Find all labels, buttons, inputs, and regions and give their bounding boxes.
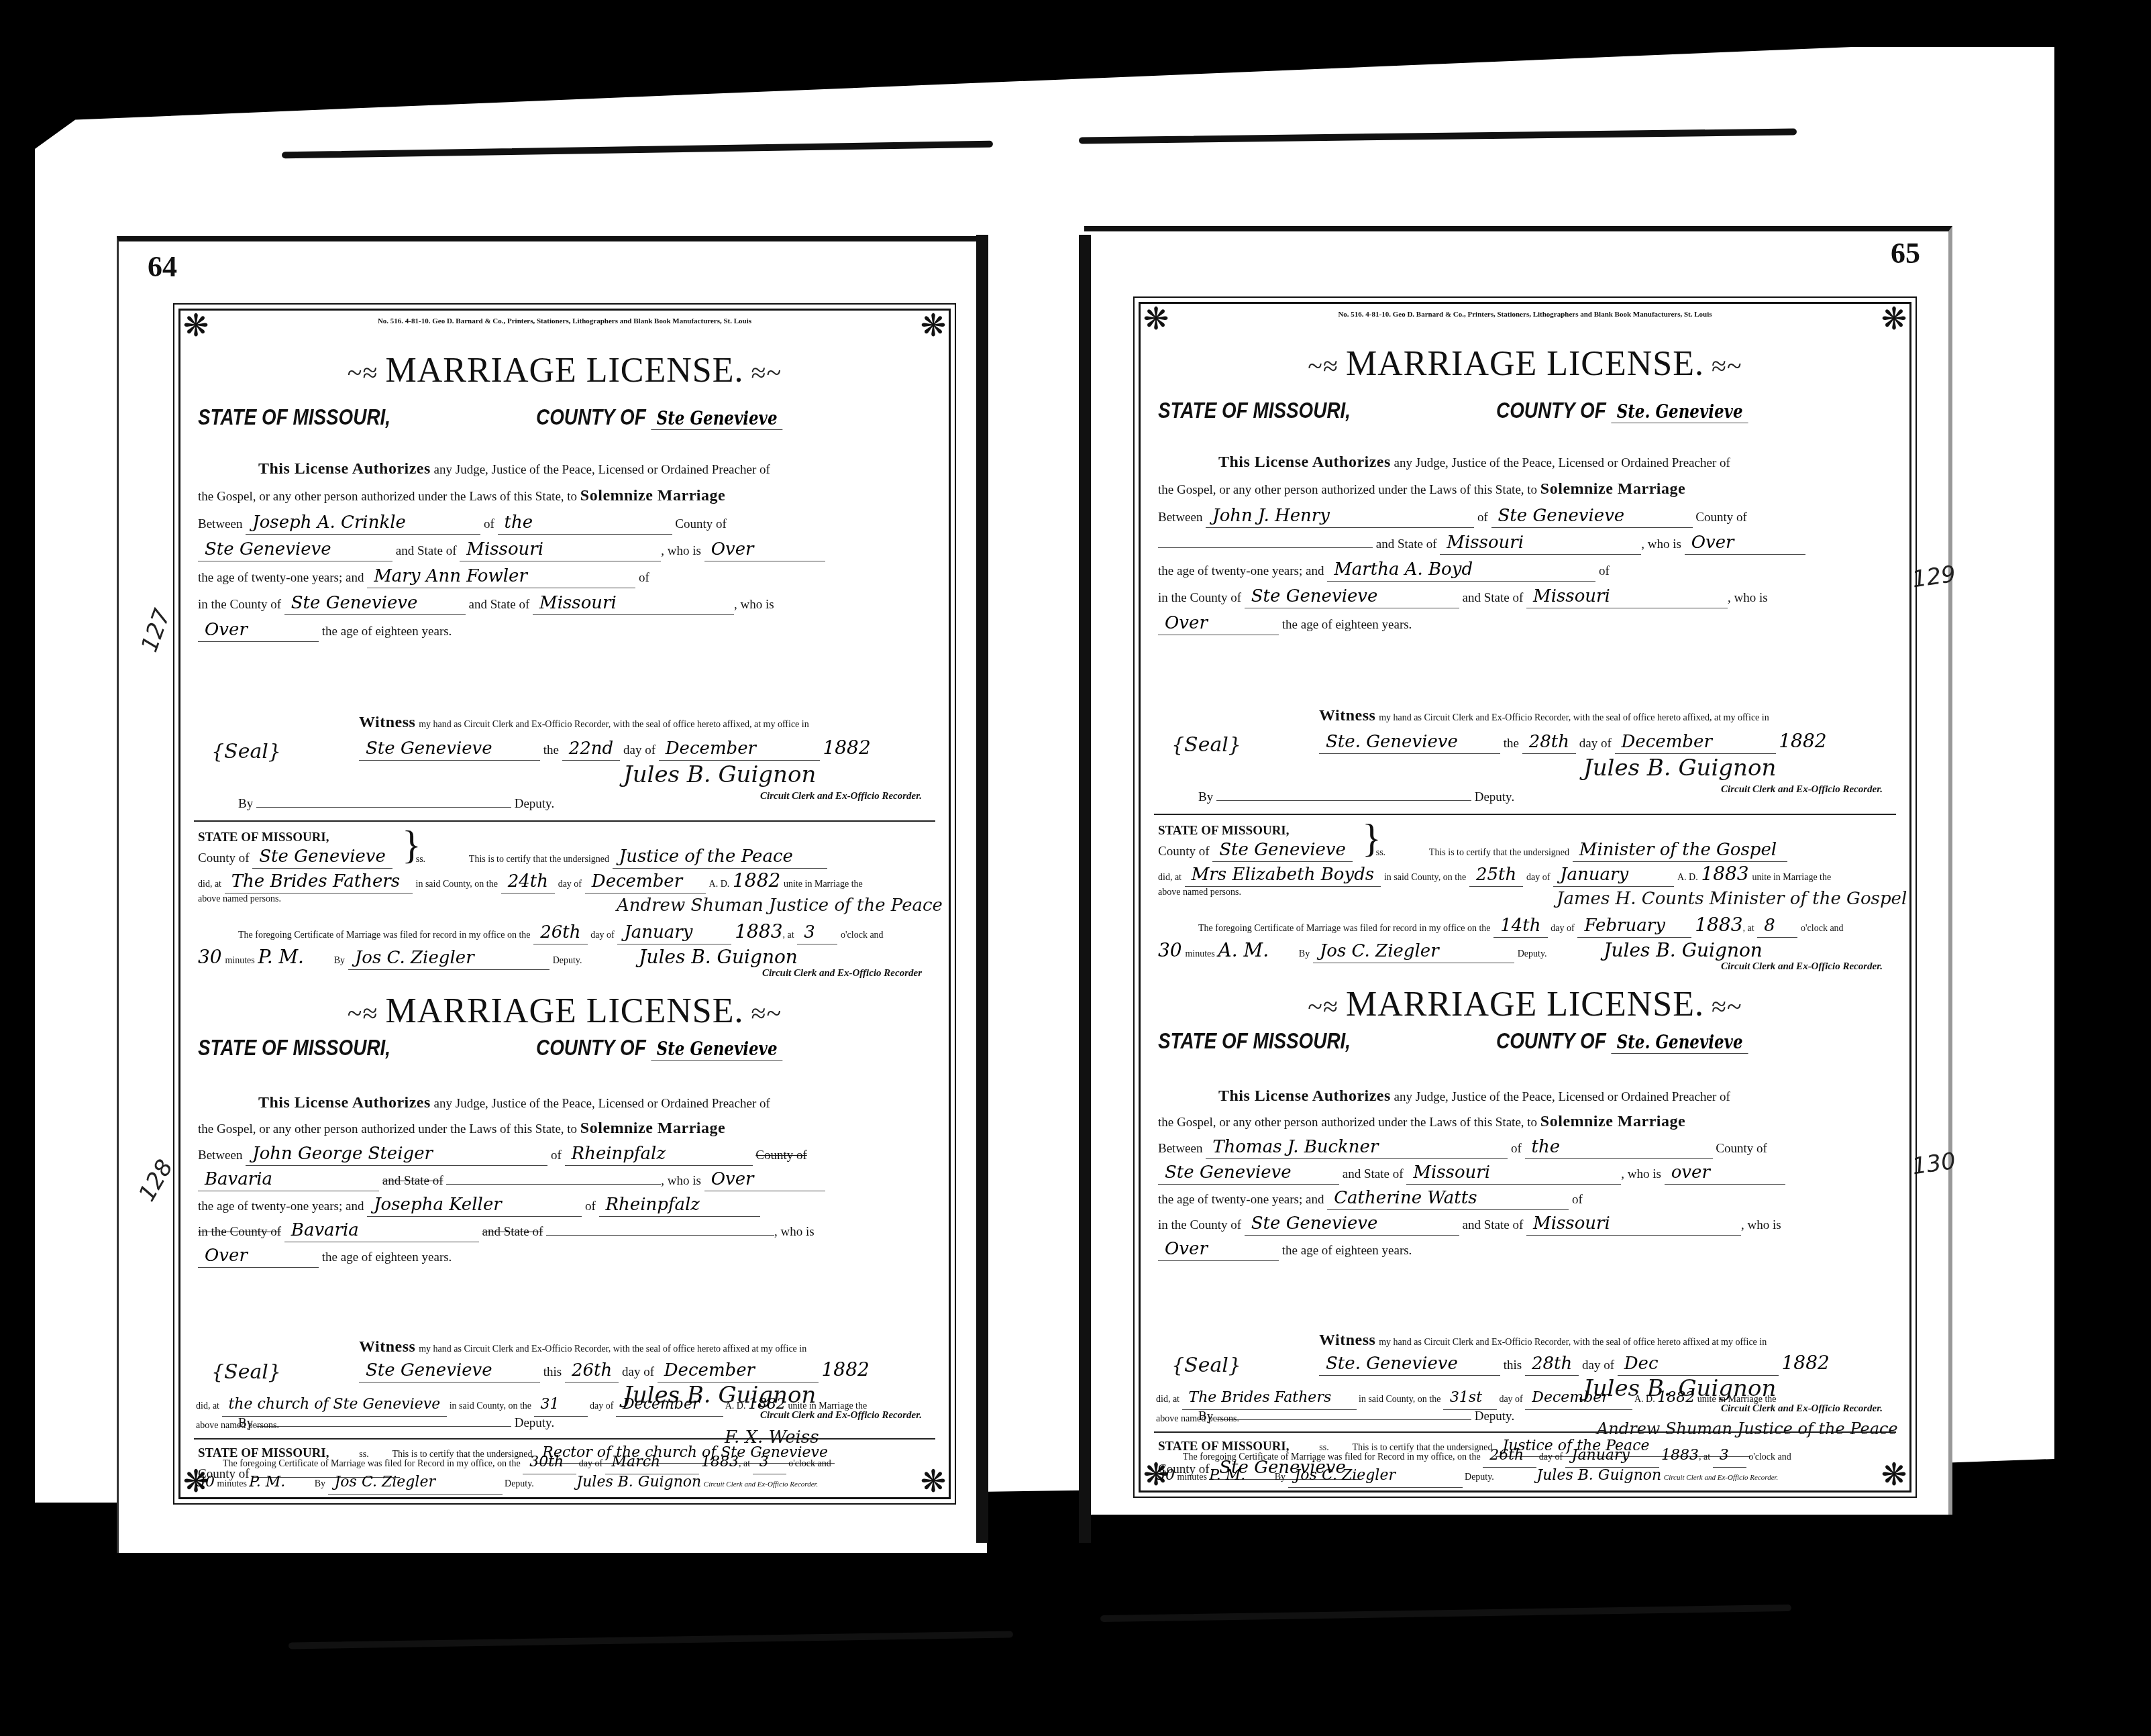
who-is-label: , who is xyxy=(661,1174,701,1188)
the-label: this xyxy=(1504,1358,1522,1372)
deputy-label: Deputy. xyxy=(1475,790,1514,804)
bride-county: Bavaria xyxy=(291,1220,359,1240)
day-of-label: day of xyxy=(1499,1395,1522,1405)
clerk-signature: Jules B. Guignon xyxy=(1583,755,1776,781)
and-state-label: and State of xyxy=(469,598,530,612)
witness-text: my hand as Circuit Clerk and Ex-Officio … xyxy=(1379,713,1769,723)
groom-county: Bavaria xyxy=(205,1169,272,1189)
license-record: ~≈ MARRIAGE LICENSE. ≈~ STATE OF MISSOUR… xyxy=(1141,304,1909,911)
and-state-label: and State of xyxy=(1463,1218,1524,1232)
license-title: MARRIAGE LICENSE. xyxy=(1346,985,1704,1024)
day-of-label: day of xyxy=(558,879,582,889)
deputy-label: Deputy. xyxy=(515,797,554,811)
ad-label: A. D. xyxy=(725,1401,746,1411)
groom-state: Missouri xyxy=(466,539,543,559)
bottom-rule-right xyxy=(1100,1605,1791,1622)
witness-year: 1882 xyxy=(822,1358,870,1380)
authorizes-text: any Judge, Justice of the Peace, License… xyxy=(434,1097,770,1111)
of-label: of xyxy=(1572,1193,1583,1207)
filed-clerk-signature: Jules B. Guignon xyxy=(536,1474,701,1490)
filed-month: March xyxy=(612,1454,661,1470)
who-is-label: , who is xyxy=(774,1225,815,1239)
at-label: , at xyxy=(739,1459,750,1469)
above-named-text: above named persons. xyxy=(1158,887,1241,898)
swash-ornament-icon: ~≈ xyxy=(1308,351,1346,381)
license-card-right: ❋ ❋ ❋ ❋ No. 516. 4-81-10. Geo D. Barnard… xyxy=(1139,302,1911,1493)
filed-meridiem: P. M. xyxy=(1209,1467,1245,1484)
who-is-label: , who is xyxy=(734,598,774,612)
age-18-text: the age of eighteen years. xyxy=(322,625,452,639)
license-title: MARRIAGE LICENSE. xyxy=(1346,345,1704,383)
witness-month: December xyxy=(664,1360,755,1380)
groom-county: Ste Genevieve xyxy=(1165,1162,1292,1183)
groom-age-status: over xyxy=(1671,1162,1710,1183)
ceremony-day: 31 xyxy=(541,1396,560,1413)
witness-heading: Witness xyxy=(1319,707,1375,724)
in-county-label: in the County of xyxy=(1158,591,1241,605)
witness-place: Ste. Genevieve xyxy=(1326,1354,1458,1374)
ceremony-month: December xyxy=(623,1396,699,1413)
who-is-label: , who is xyxy=(1741,1218,1781,1232)
who-is-label: , who is xyxy=(1621,1167,1661,1181)
by-label: By xyxy=(1158,790,1213,804)
clerk-signature: Jules B. Guignon xyxy=(623,761,816,788)
swash-ornament-icon: ≈~ xyxy=(1704,351,1742,381)
cert-county: Ste Genevieve xyxy=(1219,840,1346,860)
ad-label: A. D. xyxy=(709,879,730,889)
did-at-label: did, at xyxy=(1156,1395,1179,1405)
witness-day: 22nd xyxy=(569,739,613,759)
who-is-label: , who is xyxy=(661,544,701,558)
filed-day: 26th xyxy=(1489,1447,1524,1464)
of-label: of xyxy=(484,517,494,531)
who-is-label: , who is xyxy=(1728,591,1768,605)
witness-heading: Witness xyxy=(359,714,415,731)
ceremony-place: The Brides Fathers xyxy=(1189,1389,1332,1406)
unite-text: unite in Marriage the xyxy=(788,1401,867,1411)
authorizes-text: any Judge, Justice of the Peace, License… xyxy=(1394,456,1730,470)
authorizes-text: any Judge, Justice of the Peace, License… xyxy=(434,463,770,477)
day-of-label: day of xyxy=(579,1459,602,1469)
license-card-left: ❋ ❋ ❋ ❋ No. 516. 4-81-10. Geo D. Barnard… xyxy=(178,309,951,1499)
and-state-label: and State of xyxy=(1463,591,1524,605)
swash-ornament-icon: ≈~ xyxy=(744,998,782,1028)
between-label: Between xyxy=(198,1148,242,1162)
ad-label: A. D. xyxy=(1677,873,1698,883)
in-said-county-label: in said County, on the xyxy=(1359,1395,1440,1405)
divider xyxy=(194,820,935,822)
deputy-label: Deputy. xyxy=(505,1479,534,1489)
groom-name: Joseph A. Crinkle xyxy=(252,512,406,533)
filed-text: The foregoing Certificate of Marriage wa… xyxy=(196,1459,521,1469)
witness-heading: Witness xyxy=(1319,1332,1375,1349)
witness-text: my hand as Circuit Clerk and Ex-Officio … xyxy=(419,1344,806,1354)
and-state-label: and State of xyxy=(396,544,457,558)
county-value: Ste. Genevieve xyxy=(1611,400,1748,423)
witness-heading: Witness xyxy=(359,1338,415,1356)
groom-age-status: Over xyxy=(1691,533,1734,553)
groom-name: Thomas J. Buckner xyxy=(1212,1137,1378,1157)
solemnize-heading: Solemnize Marriage xyxy=(1540,480,1685,498)
age-21-text: the age of twenty-one years; and xyxy=(1158,1193,1324,1207)
witness-place: Ste Genevieve xyxy=(366,1360,492,1380)
solemnize-heading: Solemnize Marriage xyxy=(580,487,725,504)
filed-year: 1883 xyxy=(1661,1447,1699,1464)
day-of-label: day of xyxy=(1579,737,1612,751)
age-21-text: the age of twenty-one years; and xyxy=(1158,564,1324,578)
unite-text: unite in Marriage the xyxy=(1752,873,1831,883)
bride-residence: Rheinpfalz xyxy=(606,1195,700,1215)
age-18-text: the age of eighteen years. xyxy=(1282,618,1412,632)
clerk-caption: Circuit Clerk and Ex-Officio Recorder. xyxy=(1721,784,1883,796)
gutter-left-edge xyxy=(976,235,988,1543)
license-title: MARRIAGE LICENSE. xyxy=(385,351,743,390)
the-label: the xyxy=(543,743,559,757)
swash-ornament-icon: ≈~ xyxy=(744,358,782,388)
filed-clerk-signature: Jules B. Guignon xyxy=(1496,1467,1661,1484)
minutes-label: minutes xyxy=(1177,1472,1207,1482)
authorizes-heading: This License Authorizes xyxy=(1218,453,1391,471)
filed-hour: 3 xyxy=(1720,1447,1729,1464)
and-state-label: and State of xyxy=(382,1174,443,1188)
filed-hour: 3 xyxy=(759,1454,769,1470)
groom-name: John George Steiger xyxy=(252,1144,433,1164)
of-label: of xyxy=(1477,510,1488,525)
cert-state-label: STATE OF MISSOURI, xyxy=(198,830,329,845)
groom-residence: Ste Genevieve xyxy=(1498,506,1625,526)
ad-label: A. D. xyxy=(1634,1395,1655,1405)
witness-place: Ste Genevieve xyxy=(366,739,492,759)
groom-residence: Rheinpfalz xyxy=(572,1144,666,1164)
ceremony-day: 31st xyxy=(1450,1389,1482,1406)
county-of-label: County of xyxy=(1695,510,1747,525)
officiant-signature: Andrew Shuman Justice of the Peace xyxy=(617,896,943,916)
oclock-label: o'clock and xyxy=(1748,1452,1791,1462)
authorizes-heading: This License Authorizes xyxy=(1218,1087,1391,1105)
page-number-right: 65 xyxy=(1891,236,1920,270)
witness-day: 26th xyxy=(572,1360,612,1380)
license-title: MARRIAGE LICENSE. xyxy=(385,992,743,1030)
filed-day: 30th xyxy=(529,1454,564,1470)
in-said-county-label: in said County, on the xyxy=(450,1401,531,1411)
county-value: Ste Genevieve xyxy=(651,407,782,430)
county-label: COUNTY OF xyxy=(1496,1028,1606,1054)
filed-minutes: 30 xyxy=(1156,1467,1175,1484)
age-21-text: the age of twenty-one years; and xyxy=(198,1199,364,1213)
ss-label: ss. xyxy=(396,855,425,865)
above-named-text: above named persons. xyxy=(196,1421,279,1431)
of-label: of xyxy=(1511,1142,1522,1156)
between-label: Between xyxy=(1158,1142,1202,1156)
officiant-signature: F. X. Weiss xyxy=(725,1427,819,1448)
groom-age-status: Over xyxy=(711,539,754,559)
cert-county-label: County of xyxy=(1158,845,1210,859)
officiant-signature: Andrew Shuman Justice of the Peace xyxy=(1597,1419,1898,1438)
oclock-label: o'clock and xyxy=(788,1459,831,1469)
groom-state: Missouri xyxy=(1447,533,1524,553)
officiant-signature: James H. Counts Minister of the Gospel xyxy=(1557,889,1907,909)
filed-clerk-caption: Circuit Clerk and Ex-Officio Recorder. xyxy=(704,1480,819,1488)
witness-year: 1882 xyxy=(823,737,870,759)
groom-county: Ste Genevieve xyxy=(205,539,331,559)
gospel-text: the Gospel, or any other person authoriz… xyxy=(198,1122,577,1136)
bride-state: Missouri xyxy=(539,593,617,613)
unite-text: unite in Marriage the xyxy=(1697,1395,1777,1405)
officiant-title: Minister of the Gospel xyxy=(1579,840,1777,860)
filed-clerk-caption: Circuit Clerk and Ex-Officio Recorder. xyxy=(1664,1474,1779,1482)
officiant-title: Justice of the Peace xyxy=(619,847,793,867)
witness-year: 1882 xyxy=(1782,1352,1830,1374)
witness-place: Ste. Genevieve xyxy=(1326,732,1458,752)
swash-ornament-icon: ~≈ xyxy=(1308,991,1346,1022)
witness-day: 28th xyxy=(1532,1354,1572,1374)
between-label: Between xyxy=(1158,510,1202,525)
bottom-rule-left xyxy=(288,1631,1013,1649)
county-of-label: County of xyxy=(755,1148,807,1162)
did-at-label: did, at xyxy=(1158,873,1182,883)
county-of-label: County of xyxy=(675,517,727,531)
bride-age-status: Over xyxy=(205,1246,248,1266)
county-label: COUNTY OF xyxy=(536,404,646,430)
filed-minutes: 30 xyxy=(196,1474,215,1490)
between-label: Between xyxy=(198,517,242,531)
county-of-label: County of xyxy=(1716,1142,1767,1156)
swash-ornament-icon: ≈~ xyxy=(1704,991,1742,1022)
witness-month: December xyxy=(1622,732,1712,752)
bride-county: Ste Genevieve xyxy=(1251,1213,1378,1234)
in-said-county-label: in said County, on the xyxy=(416,879,498,889)
above-named-text: above named persons. xyxy=(198,894,281,904)
witness-text: my hand as Circuit Clerk and Ex-Officio … xyxy=(419,720,809,730)
did-at-label: did, at xyxy=(198,879,221,889)
county-value: Ste. Genevieve xyxy=(1611,1031,1748,1054)
swash-ornament-icon: ~≈ xyxy=(348,358,386,388)
and-state-label: and State of xyxy=(1343,1167,1404,1181)
minutes-label: minutes xyxy=(217,1479,247,1489)
in-county-label: in the County of xyxy=(1158,1218,1241,1232)
bride-name: Catherine Watts xyxy=(1334,1188,1477,1208)
divider xyxy=(194,1438,935,1440)
by-label: By xyxy=(198,797,253,811)
county-label: COUNTY OF xyxy=(1496,398,1606,423)
groom-residence: the xyxy=(1532,1137,1561,1157)
and-state-label: and State of xyxy=(482,1225,543,1239)
bride-name: Josepha Keller xyxy=(374,1195,502,1215)
groom-age-status: Over xyxy=(711,1169,754,1189)
certify-text: This is to certify that the undersigned xyxy=(1389,848,1569,858)
deputy-label: Deputy. xyxy=(1465,1472,1494,1482)
ceremony-year: 1882 xyxy=(748,1396,786,1413)
bride-age-status: Over xyxy=(1165,613,1208,633)
bride-name: Martha A. Boyd xyxy=(1334,559,1473,580)
county-label: COUNTY OF xyxy=(536,1035,646,1061)
the-label: this xyxy=(543,1365,562,1379)
county-value: Ste Genevieve xyxy=(651,1038,782,1061)
ceremony-place: the church of Ste Genevieve xyxy=(229,1396,441,1413)
authorizes-heading: This License Authorizes xyxy=(258,1094,431,1111)
who-is-label: , who is xyxy=(1641,537,1681,551)
license-record: ~≈ MARRIAGE LICENSE. ≈~ STATE OF MISSOUR… xyxy=(180,311,949,918)
by-label: By xyxy=(288,1479,325,1489)
day-of-label: day of xyxy=(1582,1358,1614,1372)
unite-text: unite in Marriage the xyxy=(784,879,863,889)
filed-text: The foregoing Certificate of Marriage wa… xyxy=(1156,1452,1481,1462)
at-label: , at xyxy=(1699,1452,1710,1462)
age-18-text: the age of eighteen years. xyxy=(322,1250,452,1264)
ss-label: ss. xyxy=(1356,848,1385,858)
and-state-label: and State of xyxy=(1376,537,1437,551)
day-of-label: day of xyxy=(590,1401,613,1411)
certify-text: This is to certify that the undersigned xyxy=(429,855,609,865)
solemnize-heading: Solemnize Marriage xyxy=(580,1120,725,1137)
bride-county: Ste Genevieve xyxy=(1251,586,1378,606)
authorizes-heading: This License Authorizes xyxy=(258,460,431,478)
day-of-label: day of xyxy=(1526,873,1550,883)
gospel-text: the Gospel, or any other person authoriz… xyxy=(198,490,577,504)
of-label: of xyxy=(639,571,649,585)
filed-month: January xyxy=(1572,1447,1630,1464)
filed-meridiem: P. M. xyxy=(249,1474,285,1490)
gutter-right-edge xyxy=(1079,235,1091,1543)
age-18-text: the age of eighteen years. xyxy=(1282,1244,1412,1258)
in-county-label: in the County of xyxy=(198,598,281,612)
bride-county: Ste Genevieve xyxy=(291,593,418,613)
filed-deputy: Jos C. Ziegler xyxy=(1295,1467,1396,1484)
in-said-county-label: in said County, on the xyxy=(1384,873,1466,883)
bride-age-status: Over xyxy=(205,620,248,640)
gospel-text: the Gospel, or any other person authoriz… xyxy=(1158,1116,1537,1130)
day-of-label: day of xyxy=(622,1365,654,1379)
of-label: of xyxy=(551,1148,562,1162)
witness-year: 1882 xyxy=(1779,730,1826,752)
divider xyxy=(1154,814,1896,815)
age-21-text: the age of twenty-one years; and xyxy=(198,571,364,585)
filed-deputy: Jos C. Ziegler xyxy=(335,1474,435,1490)
clerk-caption: Circuit Clerk and Ex-Officio Recorder. xyxy=(760,791,922,802)
ceremony-year: 1882 xyxy=(1657,1389,1695,1406)
bride-state: Missouri xyxy=(1533,1213,1610,1234)
witness-text: my hand as Circuit Clerk and Ex-Officio … xyxy=(1379,1338,1767,1348)
groom-residence: the xyxy=(505,512,533,533)
bride-state: Missouri xyxy=(1533,586,1610,606)
page-number-left: 64 xyxy=(148,250,177,284)
authorizes-text: any Judge, Justice of the Peace, License… xyxy=(1394,1090,1730,1104)
cert-state-label: STATE OF MISSOURI, xyxy=(1158,824,1290,838)
groom-name: John J. Henry xyxy=(1212,506,1330,526)
witness-month: December xyxy=(666,739,756,759)
by-label: By xyxy=(1248,1472,1286,1482)
the-label: the xyxy=(1504,737,1519,751)
did-at-label: did, at xyxy=(196,1401,219,1411)
of-label: of xyxy=(1599,564,1610,578)
day-of-label: day of xyxy=(1539,1452,1563,1462)
cert-county-label: County of xyxy=(198,851,250,865)
in-county-label: in the County of xyxy=(198,1225,281,1239)
bride-age-status: Over xyxy=(1165,1239,1208,1259)
filed-year: 1883 xyxy=(701,1454,739,1470)
groom-state: Missouri xyxy=(1413,1162,1490,1183)
above-named-text: above named persons. xyxy=(1156,1414,1239,1424)
bride-name: Mary Ann Fowler xyxy=(374,566,527,586)
of-label: of xyxy=(585,1199,596,1213)
witness-month: Dec xyxy=(1624,1354,1659,1374)
solemnize-heading: Solemnize Marriage xyxy=(1540,1113,1685,1130)
cert-county: Ste Genevieve xyxy=(259,847,386,867)
swash-ornament-icon: ~≈ xyxy=(348,998,386,1028)
witness-day: 28th xyxy=(1529,732,1569,752)
day-of-label: day of xyxy=(623,743,655,757)
ceremony-month: December xyxy=(1532,1389,1608,1406)
gospel-text: the Gospel, or any other person authoriz… xyxy=(1158,483,1537,497)
